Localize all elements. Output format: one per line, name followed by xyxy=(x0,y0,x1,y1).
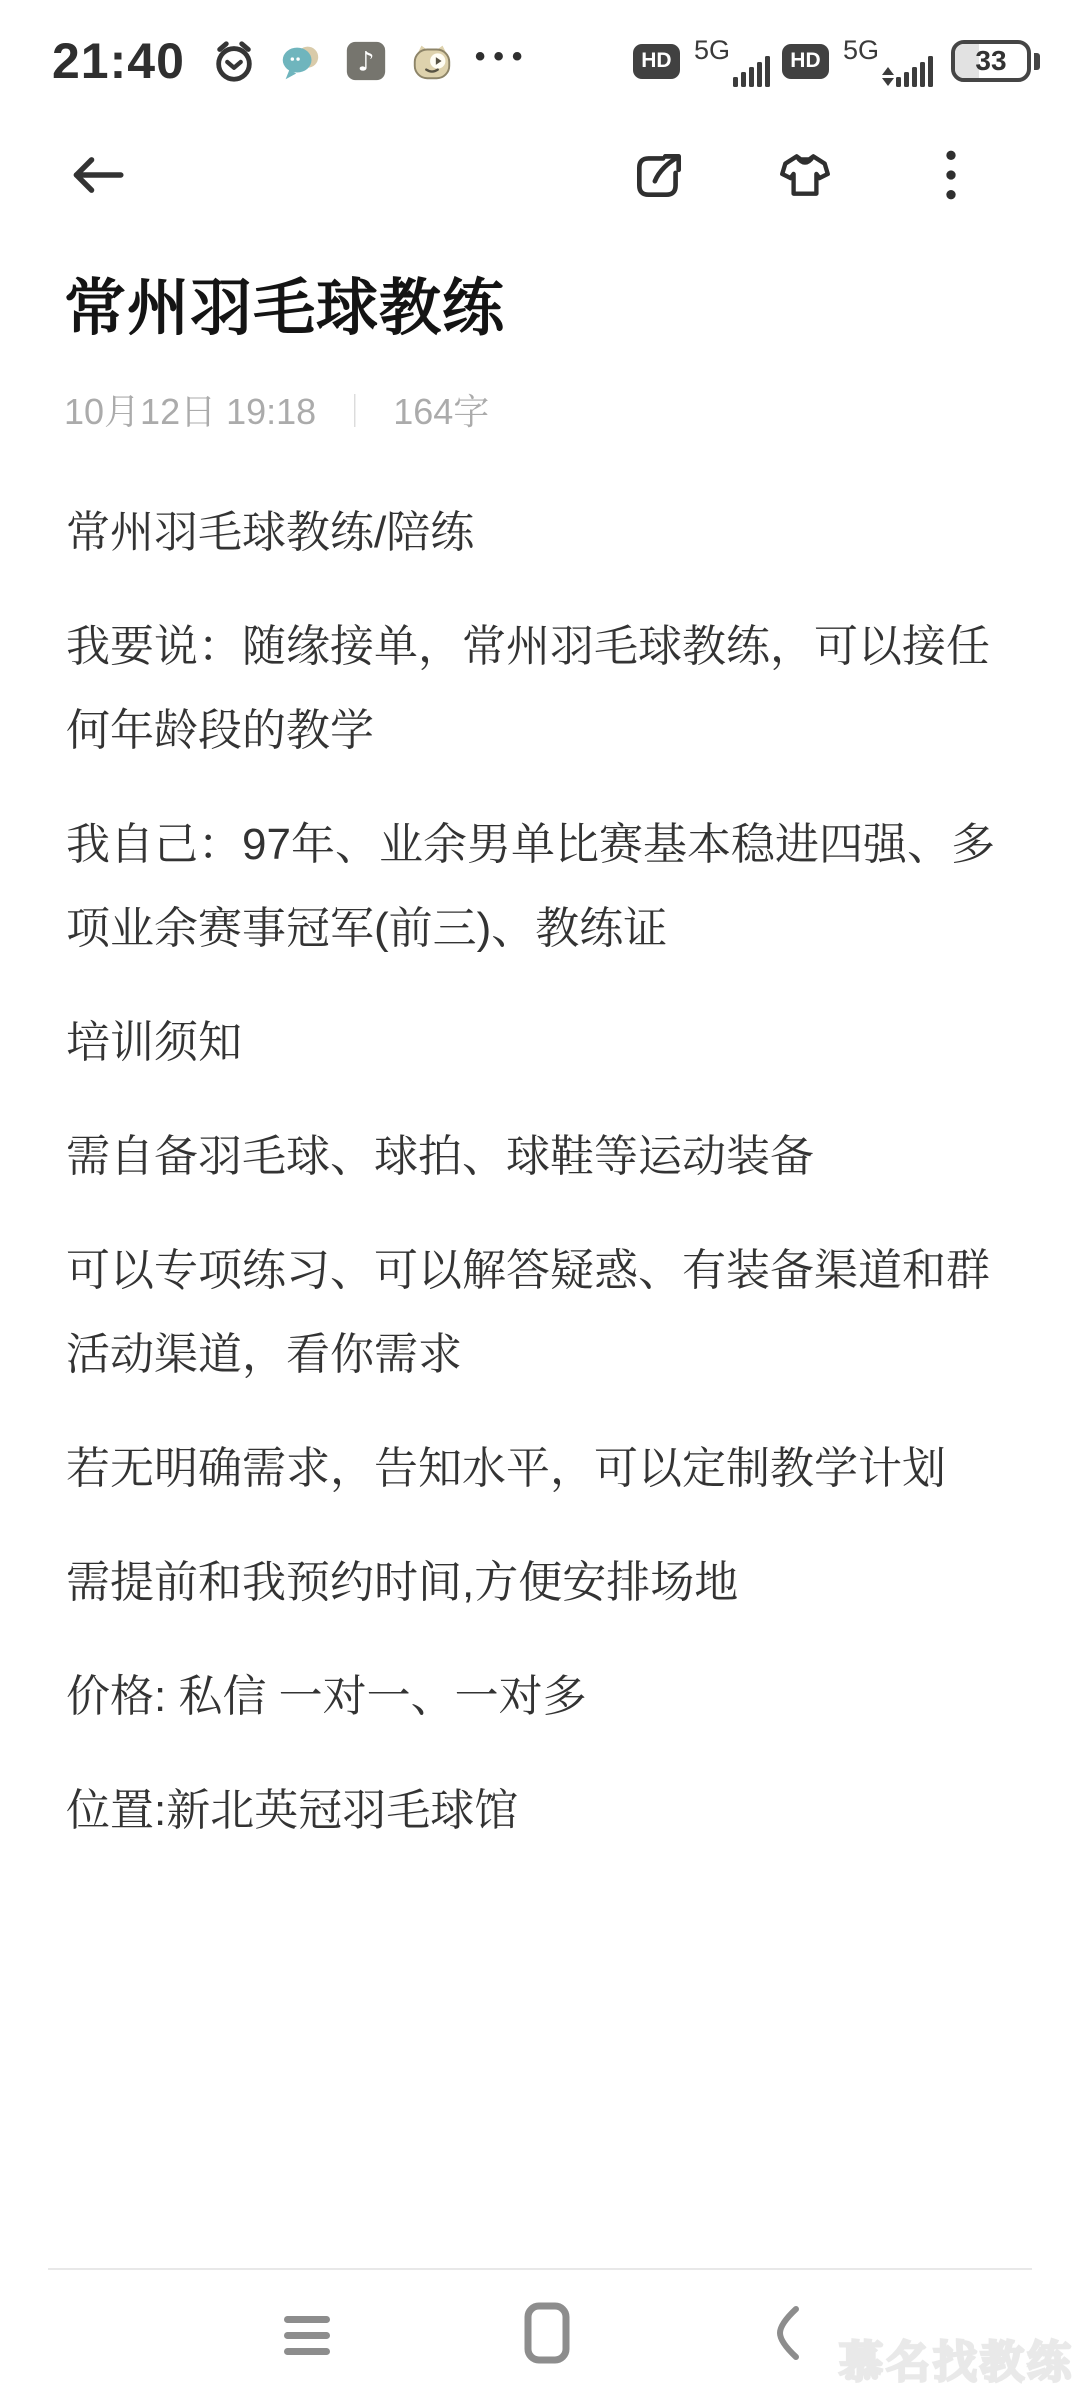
notes-app-screen: 21:40 xyxy=(0,0,1080,2400)
bottom-nav xyxy=(247,2302,847,2368)
note-paragraph: 需自备羽毛球、球拍、球鞋等运动装备 xyxy=(66,1115,1014,1199)
shirt-skin-icon xyxy=(776,146,834,209)
note-date: 10月12日 19:18 xyxy=(64,384,316,435)
more-menu-button[interactable] xyxy=(918,144,984,210)
note-title: 常州羽毛球教练 xyxy=(64,272,1016,346)
chat-app-icon xyxy=(277,38,323,84)
back-button[interactable] xyxy=(64,144,130,210)
back-chevron-icon xyxy=(770,2304,804,2367)
svg-text:♪: ♪ xyxy=(357,47,374,78)
recent-menu-icon xyxy=(284,2316,330,2355)
battery-percent: 33 xyxy=(975,45,1006,77)
status-time: 21:40 xyxy=(52,32,185,90)
note-paragraph: 若无明确需求，告知水平，可以定制教学计划 xyxy=(66,1427,1014,1511)
note-paragraph: 价格: 私信 一对一、一对多 xyxy=(66,1655,1014,1739)
note-paragraph: 常州羽毛球教练/陪练 xyxy=(66,491,1014,575)
toolbar xyxy=(0,144,1080,210)
share-export-icon xyxy=(630,146,688,209)
bottom-nav-divider xyxy=(48,2268,1032,2270)
signal-bars-icon-sim1 xyxy=(733,56,770,87)
note-paragraph: 我要说：随缘接单，常州羽毛球教练，可以接任何年龄段的教学 xyxy=(66,605,1014,773)
back-arrow-icon xyxy=(65,149,129,206)
home-button[interactable] xyxy=(487,2302,607,2368)
meta-divider: ｜ xyxy=(338,386,371,433)
alarm-icon xyxy=(211,38,257,84)
note-content[interactable]: 常州羽毛球教练/陪练 我要说：随缘接单，常州羽毛球教练，可以接任何年龄段的教学 … xyxy=(66,491,1014,1853)
status-bar: 21:40 xyxy=(0,0,1080,92)
signal-sim2: 5G xyxy=(843,35,933,87)
back-nav-button[interactable] xyxy=(727,2302,847,2368)
note-paragraph: 培训须知 xyxy=(66,1001,1014,1085)
note-word-count: 164字 xyxy=(393,384,489,435)
pet-app-icon xyxy=(409,38,455,84)
battery-icon: 33 xyxy=(951,40,1040,82)
watermark: 慕名找教练 xyxy=(839,2326,1074,2390)
note-paragraph: 我自己：97年、业余男单比赛基本稳进四强、多项业余赛事冠军(前三)、教练证 xyxy=(66,803,1014,971)
note-paragraph: 位置:新北英冠羽毛球馆 xyxy=(66,1769,1014,1853)
home-square-icon xyxy=(524,2302,570,2369)
more-notifications-icon: ••• xyxy=(475,40,531,82)
share-button[interactable] xyxy=(626,144,692,210)
note-paragraph: 可以专项练习、可以解答疑惑、有装备渠道和群活动渠道，看你需求 xyxy=(66,1229,1014,1397)
note-paragraph: 需提前和我预约时间,方便安排场地 xyxy=(66,1541,1014,1625)
network-type-sim2: 5G xyxy=(843,35,879,66)
data-activity-arrows-icon xyxy=(882,67,894,86)
hd-badge-sim2: HD xyxy=(782,44,829,79)
douyin-app-icon: ♪ xyxy=(343,38,389,84)
hd-badge-sim1: HD xyxy=(633,44,680,79)
status-bar-left: 21:40 xyxy=(52,32,530,90)
network-type-sim1: 5G xyxy=(694,35,730,66)
signal-sim1: 5G xyxy=(694,35,770,87)
note-meta: 10月12日 19:18 ｜ 164字 xyxy=(64,384,1016,435)
kebab-menu-icon xyxy=(943,146,959,209)
theme-skin-button[interactable] xyxy=(772,144,838,210)
toolbar-actions xyxy=(626,144,984,210)
signal-bars-icon-sim2 xyxy=(896,56,933,87)
recents-menu-button[interactable] xyxy=(247,2302,367,2368)
status-bar-right: HD 5G HD 5G 33 xyxy=(633,35,1040,87)
